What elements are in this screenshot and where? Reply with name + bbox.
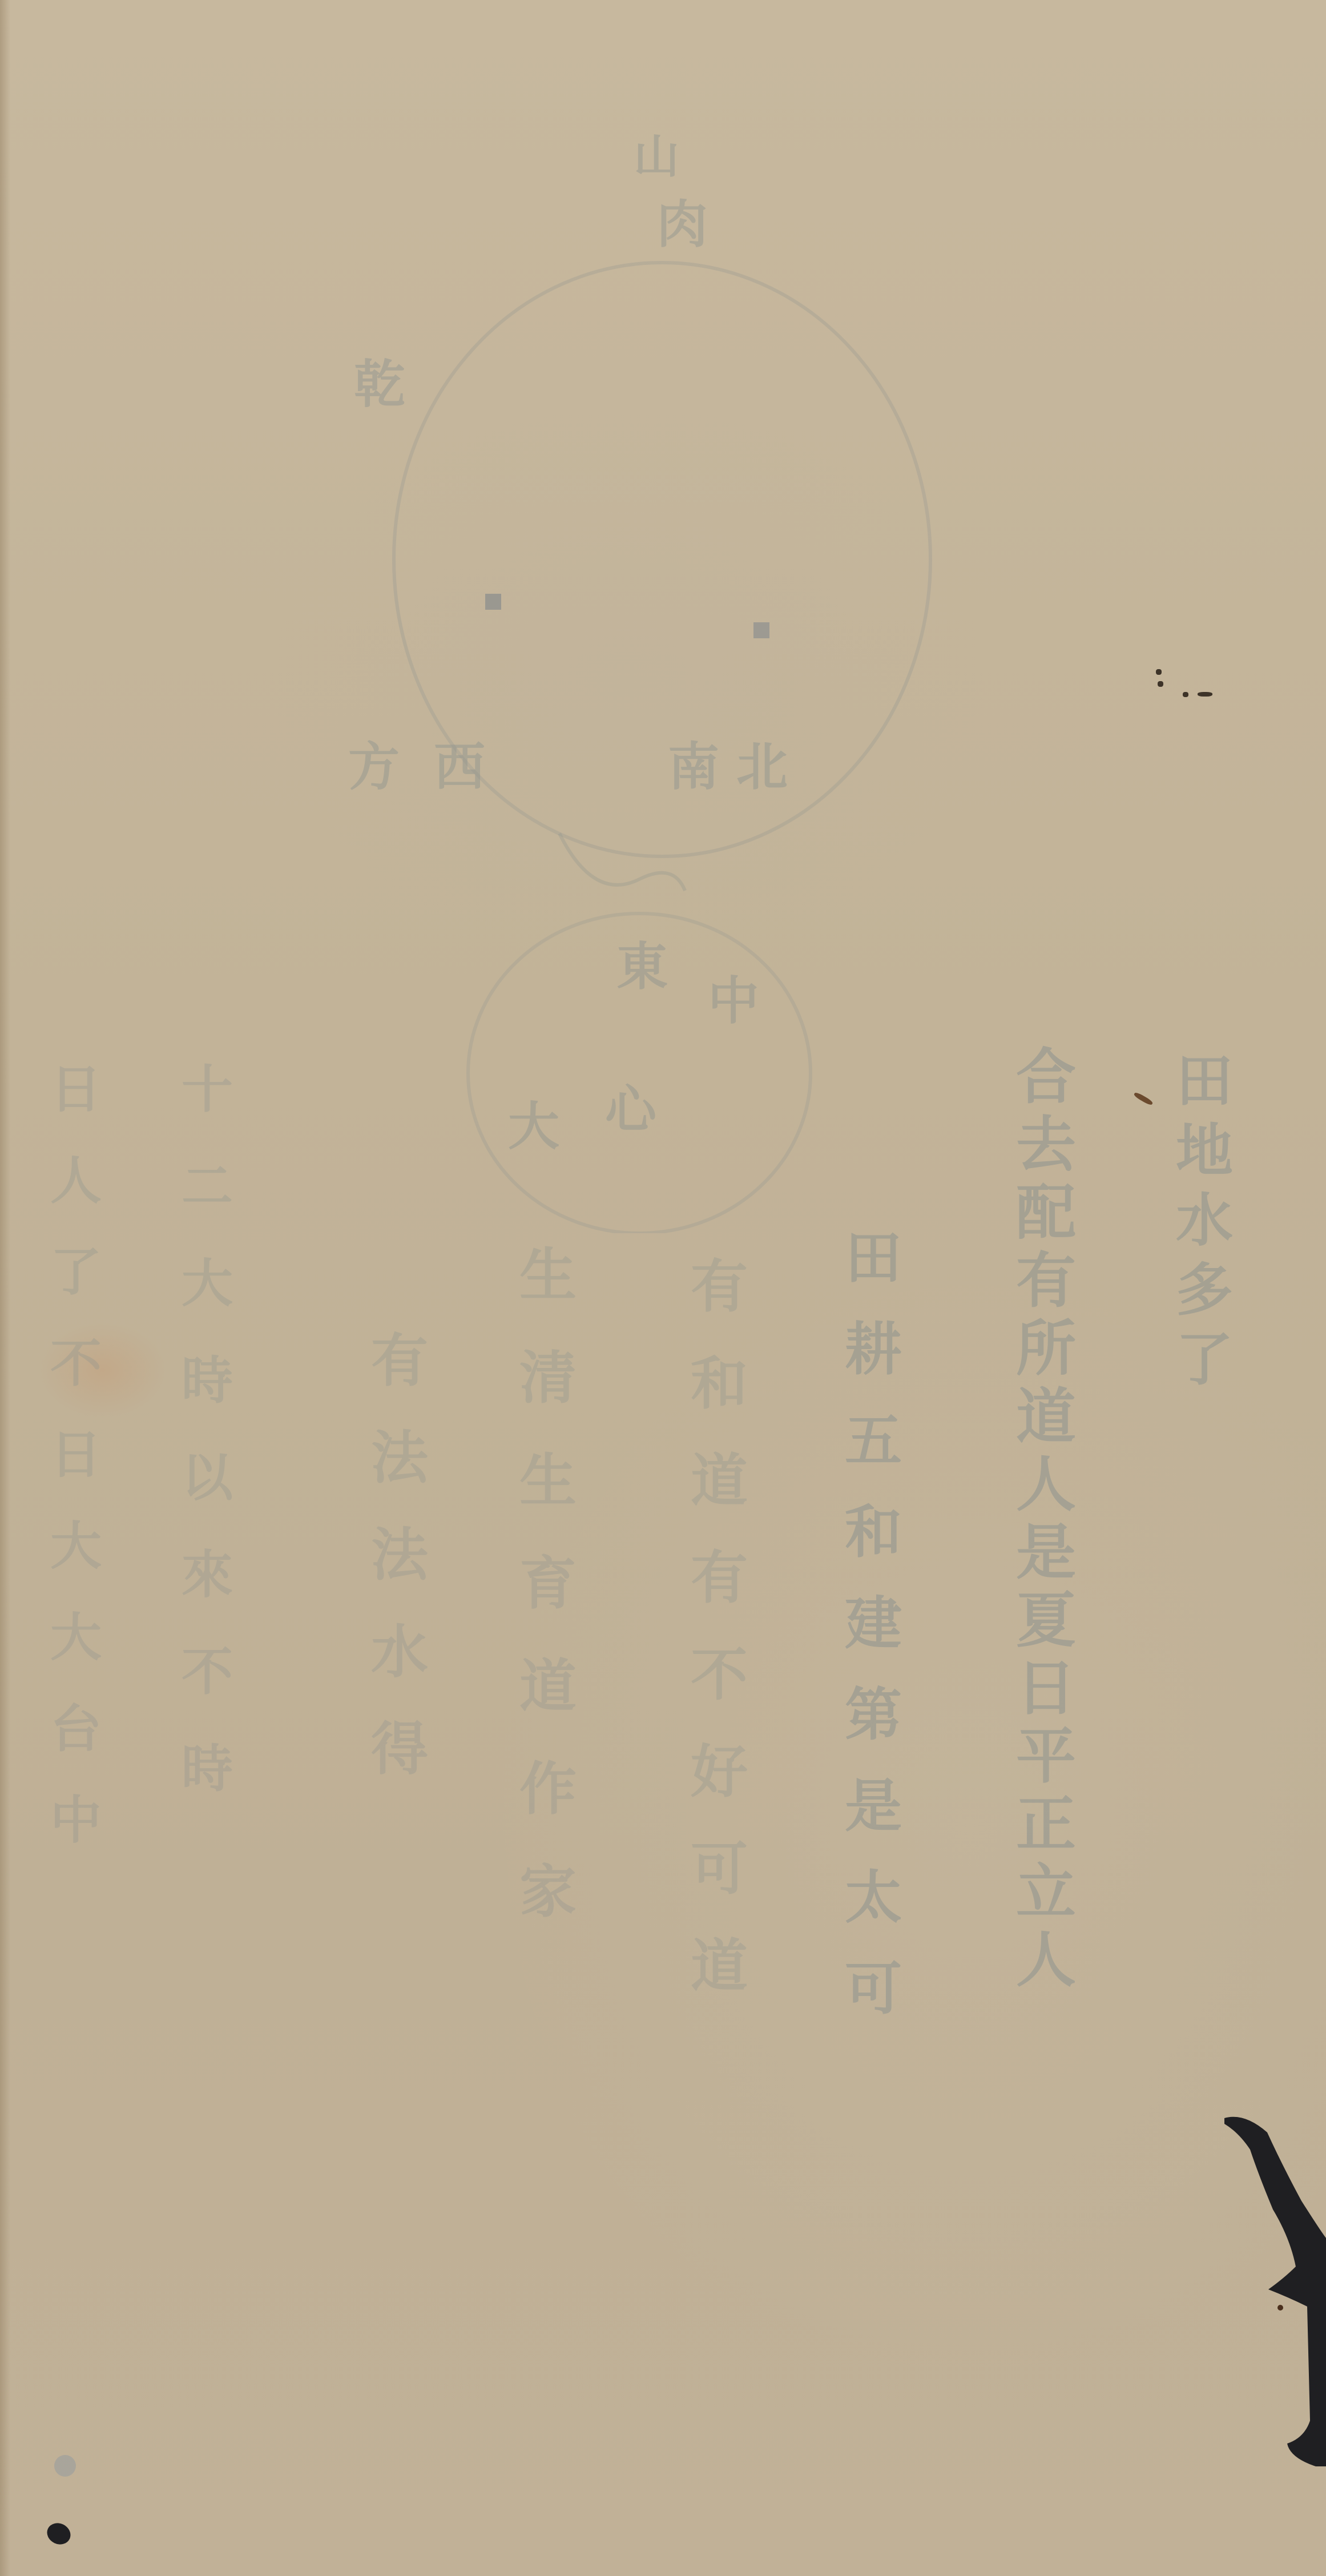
diagram-label: 南 <box>668 725 719 799</box>
ink-speck <box>1158 681 1163 687</box>
diagram-label: 北 <box>736 725 788 799</box>
faint-dot <box>54 2455 76 2477</box>
ink-speck <box>1133 1092 1154 1106</box>
diagram-label: 東 <box>616 925 668 999</box>
diagram-label: 乾 <box>354 343 405 417</box>
ink-speck <box>1183 692 1188 697</box>
text-column: 有法法水得 <box>354 1330 436 1816</box>
diagram-label: 大 <box>508 1085 559 1159</box>
aged-paper-document: 山 方 西 南 北 東 中 心 大 肉 乾 田地水多了 合去配有所道人是夏日平正… <box>0 0 1326 2576</box>
text-column: 合去配有所道人是夏日平正立人 <box>999 1045 1085 1996</box>
ink-dot <box>43 2519 74 2548</box>
text-column: 有和道有不好可道 <box>674 1256 756 2032</box>
ink-brush-stroke <box>1204 2101 1326 2466</box>
text-column: 生清生育道作家 <box>502 1245 585 1964</box>
text-column: 田耕五和建第是太可 <box>828 1227 910 2050</box>
paper-edge-shadow <box>0 0 10 2576</box>
text-column: 日人了不日大大台中 <box>34 1062 108 1884</box>
diagram-label: 方 <box>348 725 400 799</box>
diagram-label: 中 <box>708 959 759 1033</box>
diagram-label: 肉 <box>656 183 708 257</box>
circle-diagram <box>320 148 993 1233</box>
text-column: 田地水多了 <box>1159 1050 1241 1399</box>
ink-speck <box>1198 692 1212 697</box>
diagram-label: 心 <box>605 1068 656 1142</box>
text-column: 十二大時以來不時 <box>166 1062 240 1838</box>
diagram-label: 西 <box>434 725 485 799</box>
ink-speck <box>1156 669 1162 675</box>
